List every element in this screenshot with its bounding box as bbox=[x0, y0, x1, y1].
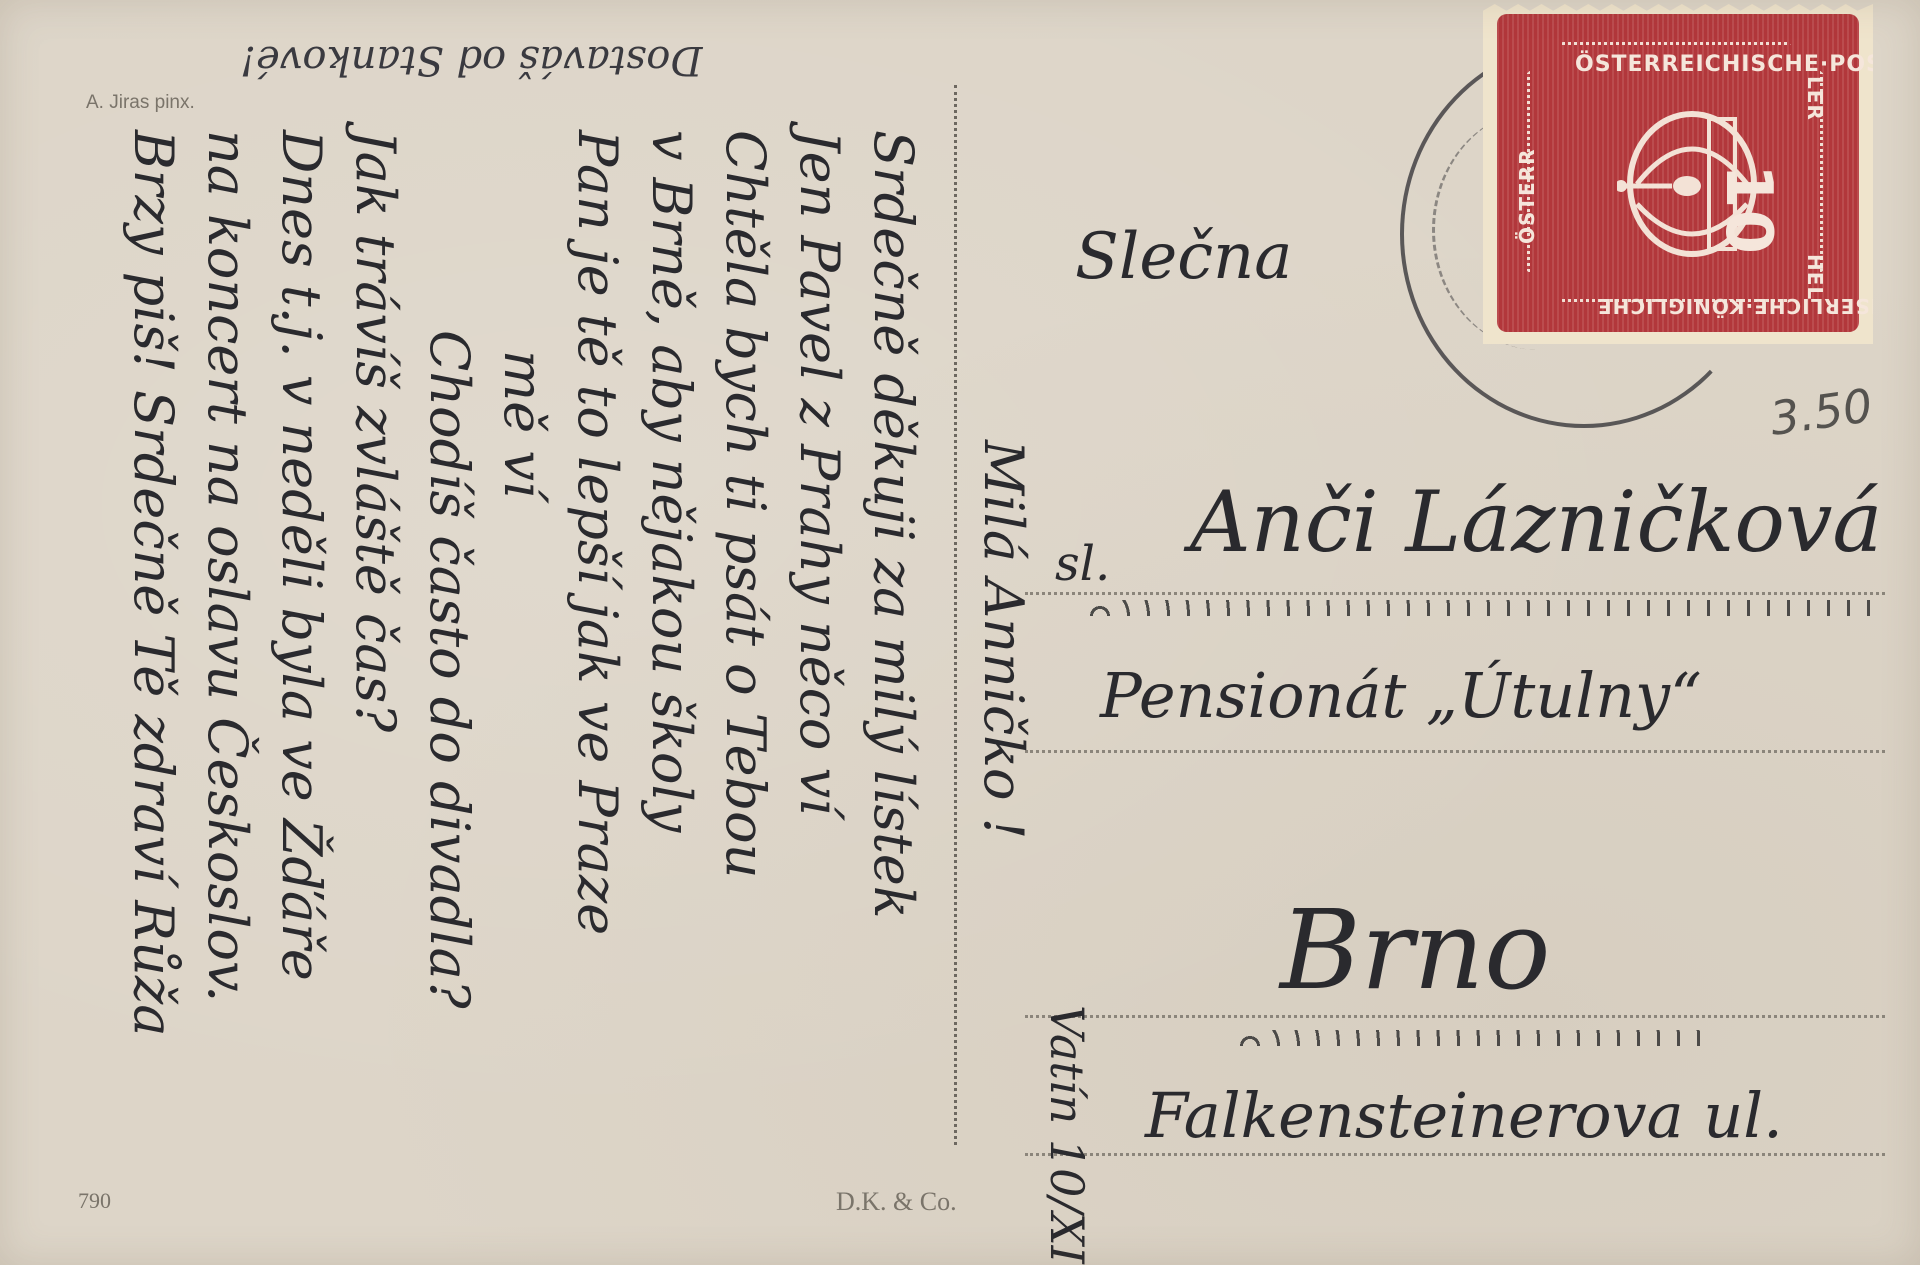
message-line: Chtěla bych ti psát o Tebou bbox=[718, 130, 772, 878]
message-line: v Brně, aby nějakou školy bbox=[644, 130, 698, 832]
vertical-divider bbox=[954, 85, 957, 1145]
postcard: A. Jiras pinx. 790 D.K. & Co. ÖSTERREICH… bbox=[0, 0, 1920, 1265]
address-guide-line bbox=[1025, 592, 1885, 595]
address-guide-line bbox=[1025, 1153, 1885, 1156]
message-line: Dnes t.j. v neděli byla ve Žďáře bbox=[274, 130, 328, 981]
stamp-bottom-text: KAISERLICHE·KÖNIGLICHE bbox=[1597, 294, 1911, 318]
postage-stamp: ÖSTERREICHISCHE·POST ÖSTERR LER HEL KAIS… bbox=[1483, 4, 1873, 344]
recipient-name: Anči Lázničková bbox=[1190, 480, 1883, 564]
address-salutation: Slečna bbox=[1075, 225, 1292, 289]
stamp-face: ÖSTERREICHISCHE·POST ÖSTERR LER HEL KAIS… bbox=[1497, 14, 1859, 332]
publisher-credit: D.K. & Co. bbox=[836, 1187, 957, 1217]
place-date-vertical: Vatín 10/XI bbox=[1044, 1005, 1090, 1264]
stamp-value: 10 bbox=[1711, 164, 1785, 255]
message-line: Jak trávíš zvláště čas? bbox=[348, 130, 402, 732]
greeting-vertical: Milá Anničko ! bbox=[976, 440, 1030, 839]
message-line: Pan je tě to lepší jak ve Praze bbox=[570, 130, 624, 935]
message-line: Jen Pavel z Prahy něco ví bbox=[792, 130, 846, 815]
address-guide-line bbox=[1025, 750, 1885, 753]
message-line: na koncert na oslavu Českoslov. bbox=[200, 130, 254, 1002]
stamp-currency-ler: LER bbox=[1803, 76, 1827, 121]
artist-credit: A. Jiras pinx. bbox=[86, 92, 195, 114]
address-prefix: sl. bbox=[1055, 540, 1110, 588]
message-line: Chodíš často do divadla? bbox=[422, 330, 476, 1009]
address-guide-line bbox=[1025, 1015, 1885, 1018]
message-line: mě ví bbox=[496, 350, 550, 498]
underline-flourish bbox=[1090, 600, 1870, 616]
pencil-price-note: 3.50 bbox=[1767, 378, 1876, 446]
message-line: Brzy piš! Srdečně Tě zdraví Růža bbox=[126, 130, 180, 1037]
address-street: Falkensteinerova ul. bbox=[1145, 1085, 1783, 1147]
card-number: 790 bbox=[78, 1188, 111, 1214]
message-header-upside-down: Dostaváš od Stankové! bbox=[240, 40, 702, 80]
stamp-top-text: ÖSTERREICHISCHE·POST bbox=[1575, 52, 1899, 77]
address-city: Brno bbox=[1280, 895, 1551, 1005]
underline-flourish bbox=[1240, 1030, 1710, 1046]
stamp-left-text: ÖSTERR bbox=[1515, 148, 1539, 244]
message-line: Srdečně děkuji za milý lístek bbox=[866, 130, 920, 919]
address-line-2: Pensionát „Útulny“ bbox=[1100, 665, 1702, 727]
